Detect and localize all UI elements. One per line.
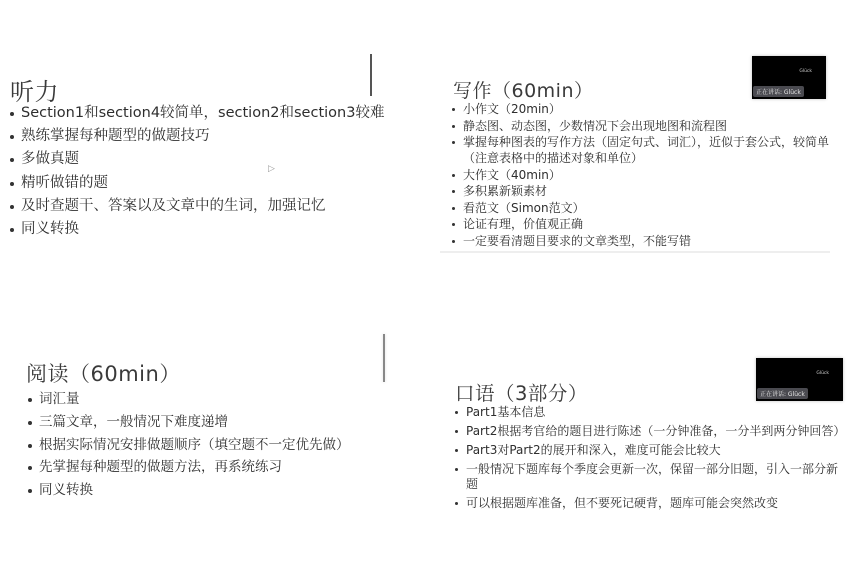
speaking-indicator: 正在讲话: Glück bbox=[753, 86, 804, 97]
participant-video-thumbnail[interactable]: Glück 正在讲话: Glück bbox=[752, 56, 826, 99]
bullet-item: 同义转换 bbox=[26, 479, 350, 502]
slide-title-reading: 阅读（60min） bbox=[26, 358, 181, 388]
participant-video-thumbnail[interactable]: Glück 正在讲话: Glück bbox=[756, 358, 843, 401]
bullet-list-speaking: Part1基本信息 Part2根据考官给的题目进行陈述（一分钟准备，一分半到两分… bbox=[453, 405, 845, 515]
bullet-item: 多做真题 bbox=[8, 148, 384, 171]
slide-bottom-edge bbox=[440, 251, 830, 253]
slide-reading: 阅读（60min） 词汇量 三篇文章，一般情况下难度递增 根据实际情况安排做题顺… bbox=[0, 330, 430, 510]
bullet-item: Part1基本信息 bbox=[453, 405, 845, 420]
bullet-item: 精听做错的题 bbox=[8, 172, 384, 195]
bullet-item: 大作文（40min） bbox=[450, 167, 840, 183]
bullet-item: 多积累新颖素材 bbox=[450, 183, 840, 199]
bullet-item: 论证有理，价值观正确 bbox=[450, 216, 840, 232]
bullet-item: 三篇文章，一般情况下难度递增 bbox=[26, 411, 350, 434]
slide-title-speaking: 口语（3部分） bbox=[455, 378, 588, 406]
bullet-list-listening: Section1和section4较简单，section2和section3较难… bbox=[8, 102, 384, 241]
bullet-item: Part3对Part2的展开和深入，难度可能会比较大 bbox=[453, 443, 845, 458]
bullet-item: Part2根据考官给的题目进行陈述（一分钟准备，一分半到两分钟回答） bbox=[453, 424, 845, 439]
bullet-item: Section1和section4较简单，section2和section3较难 bbox=[8, 102, 384, 125]
mouse-cursor-icon: ▷ bbox=[268, 164, 275, 174]
bullet-item: 看范文（Simon范文） bbox=[450, 200, 840, 216]
bullet-list-writing: 小作文（20min） 静态图、动态图，少数情况下会出现地图和流程图 掌握每种图表… bbox=[450, 101, 840, 249]
bullet-item: 静态图、动态图，少数情况下会出现地图和流程图 bbox=[450, 118, 840, 134]
slide-divider bbox=[383, 334, 385, 382]
slide-divider bbox=[370, 54, 372, 96]
bullet-item: 词汇量 bbox=[26, 388, 350, 411]
bullet-item: 先掌握每种题型的做题方法，再系统练习 bbox=[26, 456, 350, 479]
bullet-item: 一定要看清题目要求的文章类型，不能写错 bbox=[450, 233, 840, 249]
slide-title-writing: 写作（60min） bbox=[453, 76, 594, 103]
bullet-item: 小作文（20min） bbox=[450, 101, 840, 117]
bullet-item: 熟练掌握每种题型的做题技巧 bbox=[8, 125, 384, 148]
bullet-item: 同义转换 bbox=[8, 218, 384, 241]
bullet-item: 根据实际情况安排做题顺序（填空题不一定优先做） bbox=[26, 434, 350, 457]
bullet-item: 及时查题干、答案以及文章中的生词，加强记忆 bbox=[8, 195, 384, 218]
participant-name: Glück bbox=[799, 69, 812, 74]
bullet-list-reading: 词汇量 三篇文章，一般情况下难度递增 根据实际情况安排做题顺序（填空题不一定优先… bbox=[26, 388, 350, 502]
participant-name: Glück bbox=[816, 371, 829, 376]
speaking-indicator: 正在讲话: Glück bbox=[757, 388, 808, 399]
bullet-item: 可以根据题库准备，但不要死记硬背，题库可能会突然改变 bbox=[453, 496, 845, 511]
bullet-item: 掌握每种图表的写作方法（固定句式、词汇），近似于套公式，较简单（注意表格中的描述… bbox=[450, 134, 840, 166]
slide-listening: 听力 Section1和section4较简单，section2和section… bbox=[0, 40, 420, 260]
bullet-item: 一般情况下题库每个季度会更新一次，保留一部分旧题，引入一部分新题 bbox=[453, 462, 845, 492]
